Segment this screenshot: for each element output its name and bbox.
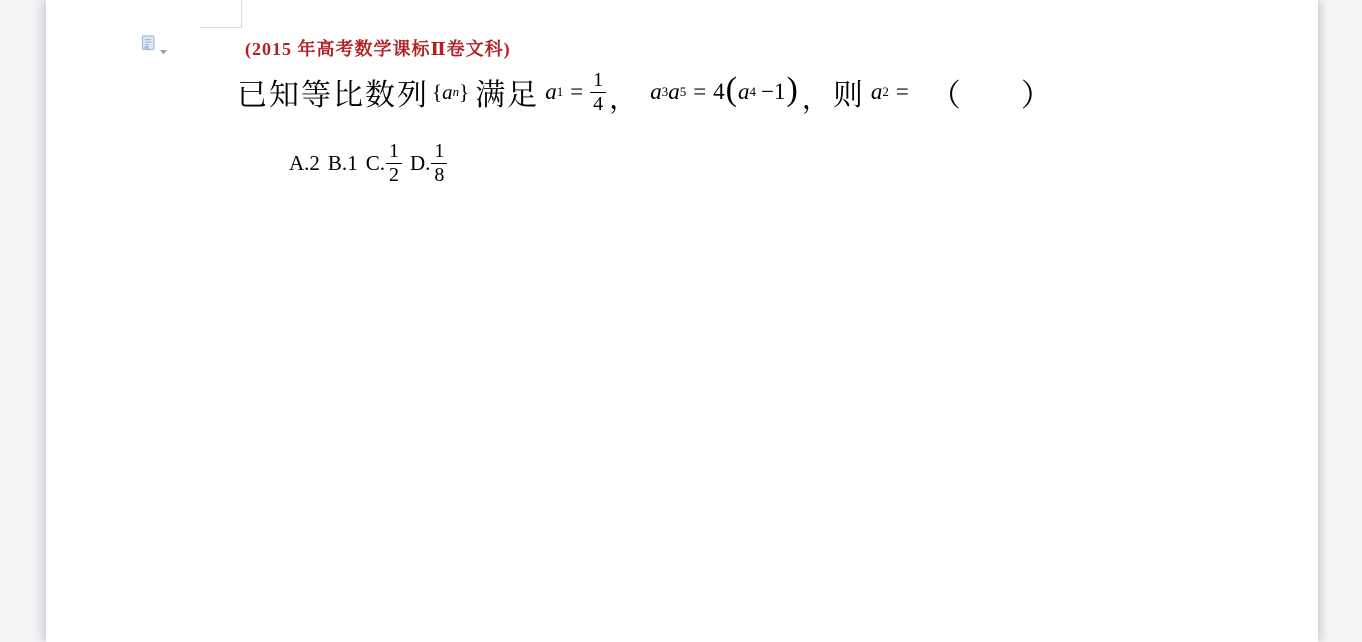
fraction-denominator: 2: [386, 163, 402, 187]
question-line: 已知等比数列 {an} 满足 a1=14 ， a3a5=4(a4−1) ， 则 …: [237, 61, 1052, 123]
math-var: a: [442, 80, 453, 105]
comma: ，: [609, 86, 637, 114]
page-options-icon: [141, 35, 156, 56]
question-satisfies: 满足: [475, 70, 539, 114]
math-var: a: [738, 79, 750, 105]
option-c: C.12: [366, 140, 402, 187]
close-paren: ): [786, 71, 797, 109]
math-var: a: [871, 79, 883, 105]
minus-sign: −: [761, 79, 774, 105]
equals-sign: =: [896, 79, 909, 105]
option-b: B.1: [328, 151, 358, 176]
coefficient: 4: [713, 79, 725, 105]
option-a-value: 2: [309, 151, 320, 176]
option-d-label: D.: [410, 151, 430, 176]
equation-a3a5: a3a5=4(a4−1): [650, 73, 799, 111]
open-paren: (: [726, 71, 737, 109]
option-b-value: 1: [347, 151, 358, 176]
question-prefix: 已知等比数列: [237, 70, 429, 114]
text-boundary-corner-mark: [200, 27, 242, 28]
open-brace: {: [432, 80, 442, 105]
option-d-fraction: 18: [431, 140, 447, 187]
option-a-label: A.: [289, 151, 309, 176]
option-d: D.18: [410, 140, 447, 187]
options-line: A.2 B.1 C.12 D.18: [289, 131, 455, 195]
number-one: 1: [774, 79, 786, 105]
question-then: 则: [833, 70, 865, 114]
equals-sign: =: [693, 79, 706, 105]
fraction-one-fourth: 14: [590, 69, 606, 116]
answer-blank-close-paren: ）: [1021, 70, 1052, 115]
option-c-label: C.: [366, 151, 385, 176]
comma: ，: [802, 86, 830, 114]
fraction-numerator: 1: [389, 140, 399, 163]
equation-a1: a1=14: [545, 69, 606, 116]
answer-blank-open-paren: （: [930, 70, 961, 115]
text-boundary-corner-mark: [241, 0, 242, 27]
option-c-fraction: 12: [386, 140, 402, 187]
fraction-denominator: 8: [431, 163, 447, 187]
caret-down-icon: [160, 42, 167, 60]
page-options-button[interactable]: [141, 35, 167, 60]
question-source-heading: (2015 年高考数学课标Ⅱ卷文科): [245, 35, 511, 61]
fraction-numerator: 1: [593, 69, 603, 92]
fraction-numerator: 1: [434, 140, 444, 163]
option-b-label: B.: [328, 151, 347, 176]
equation-a2: a2=: [871, 79, 916, 105]
math-var: a: [668, 79, 680, 105]
math-var: a: [545, 79, 557, 105]
math-var: a: [650, 79, 662, 105]
fraction-denominator: 4: [590, 92, 606, 116]
close-brace: }: [459, 80, 469, 105]
equals-sign: =: [570, 79, 583, 105]
sequence-notation: {an}: [432, 80, 469, 105]
option-a: A.2: [289, 151, 320, 176]
